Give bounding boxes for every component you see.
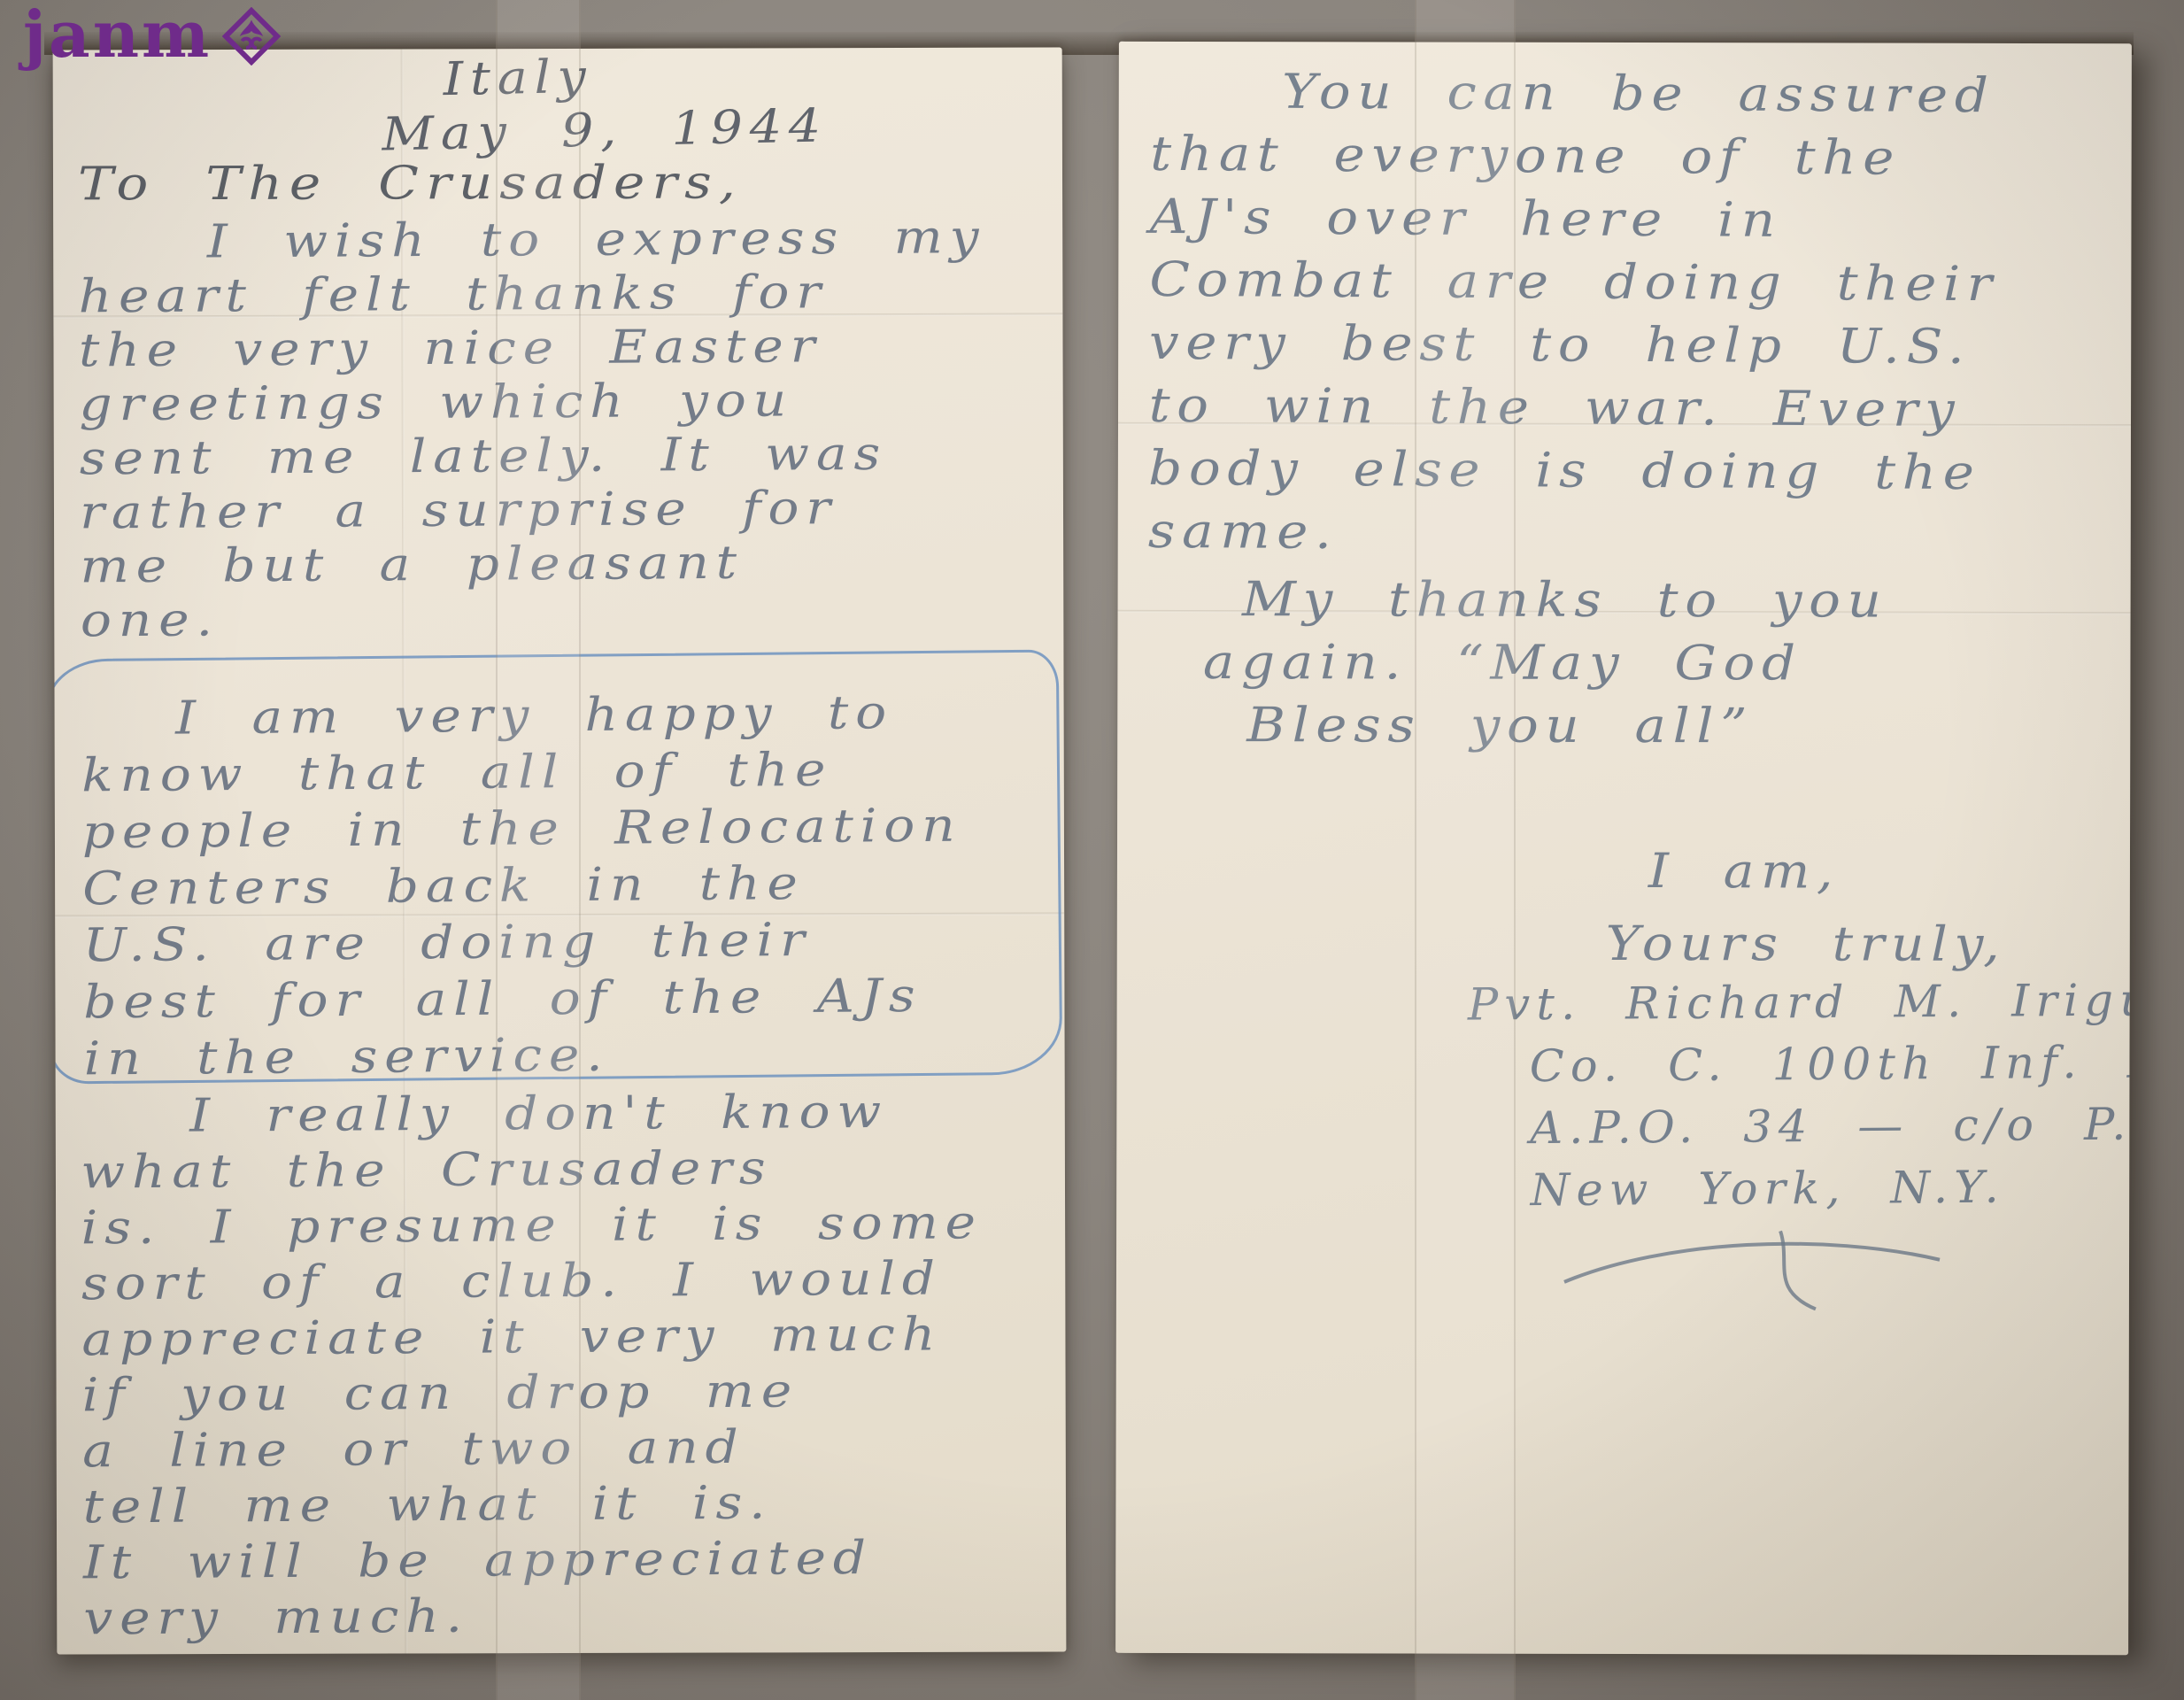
letter-page-1: Italy May 9, 1944 To The Crusaders, I wi… — [53, 48, 1067, 1655]
signature-city: New York, N.Y. — [1469, 1155, 2132, 1222]
paragraph-thanks-again: My thanks to you again. “May God Bless y… — [1149, 568, 1887, 758]
paragraph-crusaders-question: I really don't know what the Crusaders i… — [81, 1084, 985, 1647]
signature-apo: A.P.O. 34 — c/o P.M. — [1469, 1093, 2132, 1160]
handwritten-line: I really don't know — [81, 1084, 983, 1145]
janm-logo: janm — [23, 4, 281, 66]
handwritten-line: I am, — [1648, 839, 1840, 902]
janm-crest-icon — [222, 7, 281, 66]
handwritten-line: to win the war. Every — [1148, 374, 1998, 441]
handwritten-line: U.S. are doing their — [83, 911, 963, 975]
signature-unit: Co. C. 100th Inf. Bn. — [1468, 1031, 2132, 1098]
handwritten-line: people in the Relocation — [82, 798, 962, 862]
paragraph-assurance: You can be assured that everyone of the … — [1148, 59, 2001, 567]
handwritten-line: I wish to express my — [78, 211, 985, 270]
handwritten-line: Combat are doing their — [1149, 248, 1999, 315]
handwritten-line: best for all of the AJs — [83, 968, 963, 1032]
handwritten-line: what the Crusaders — [81, 1140, 983, 1201]
handwritten-line: the very nice Easter — [79, 319, 986, 378]
handwritten-line: My thanks to you — [1150, 568, 1888, 632]
handwritten-line: one. — [81, 589, 988, 648]
handwritten-line: sort of a club. I would — [81, 1251, 984, 1312]
handwritten-line: me but a pleasant — [80, 535, 987, 594]
handwritten-line: Centers back in the — [82, 854, 962, 918]
signature-flourish — [1559, 1227, 1966, 1320]
janm-logo-text: janm — [23, 4, 212, 66]
handwritten-line: tell me what it is. — [82, 1474, 984, 1535]
handwritten-line: Bless you all” — [1149, 693, 1887, 758]
signature-block: Pvt. Richard M. Iriguchi Co. C. 100th In… — [1468, 969, 2132, 1222]
handwritten-line: in the service. — [84, 1024, 964, 1088]
salutation: To The Crusaders, — [78, 156, 743, 212]
dateline-date: May 9, 1944 — [382, 99, 829, 162]
paragraph-relocation-circled: I am very happy to know that all of the … — [81, 684, 964, 1088]
handwritten-line: I am very happy to — [81, 684, 961, 748]
handwritten-line: rather a surprise for — [80, 481, 987, 540]
handwritten-line: that everyone of the — [1150, 122, 2000, 189]
handwritten-line: appreciate it very much — [81, 1307, 984, 1368]
closing-i-am: I am, — [1648, 839, 1840, 902]
closing-yours-truly: Yours truly, — [1606, 912, 2007, 976]
handwritten-line: body else is doing the — [1148, 437, 1998, 504]
handwritten-line: very best to help U.S. — [1149, 311, 1999, 378]
handwritten-line: You can be assured — [1150, 59, 2000, 127]
handwritten-line: is. I presume it is some — [81, 1195, 983, 1256]
paragraph-easter-thanks: I wish to express my heart felt thanks f… — [78, 211, 988, 648]
handwritten-line: greetings which you — [79, 373, 986, 432]
handwritten-line: a line or two and — [82, 1418, 984, 1480]
handwritten-line: again. “May God — [1149, 630, 1887, 695]
letter-scan-viewport: Italy May 9, 1944 To The Crusaders, I wi… — [0, 0, 2184, 1700]
letter-page-2: You can be assured that everyone of the … — [1115, 42, 2132, 1655]
dateline: Italy May 9, 1944 — [381, 48, 829, 163]
handwritten-line: It will be appreciated — [83, 1530, 985, 1591]
handwritten-line: if you can drop me — [82, 1363, 984, 1424]
handwritten-line: same. — [1148, 499, 1998, 567]
handwritten-line: know that all of the — [81, 741, 961, 805]
handwritten-line: very much. — [83, 1586, 985, 1647]
handwritten-line: Yours truly, — [1606, 912, 2007, 976]
handwritten-line: AJ's over here in — [1150, 185, 2000, 252]
signature-name: Pvt. Richard M. Iriguchi — [1468, 969, 2132, 1036]
dateline-place: Italy — [381, 48, 828, 109]
handwritten-line: heart felt thanks for — [78, 265, 985, 324]
handwritten-line: sent me lately. It was — [80, 427, 987, 486]
